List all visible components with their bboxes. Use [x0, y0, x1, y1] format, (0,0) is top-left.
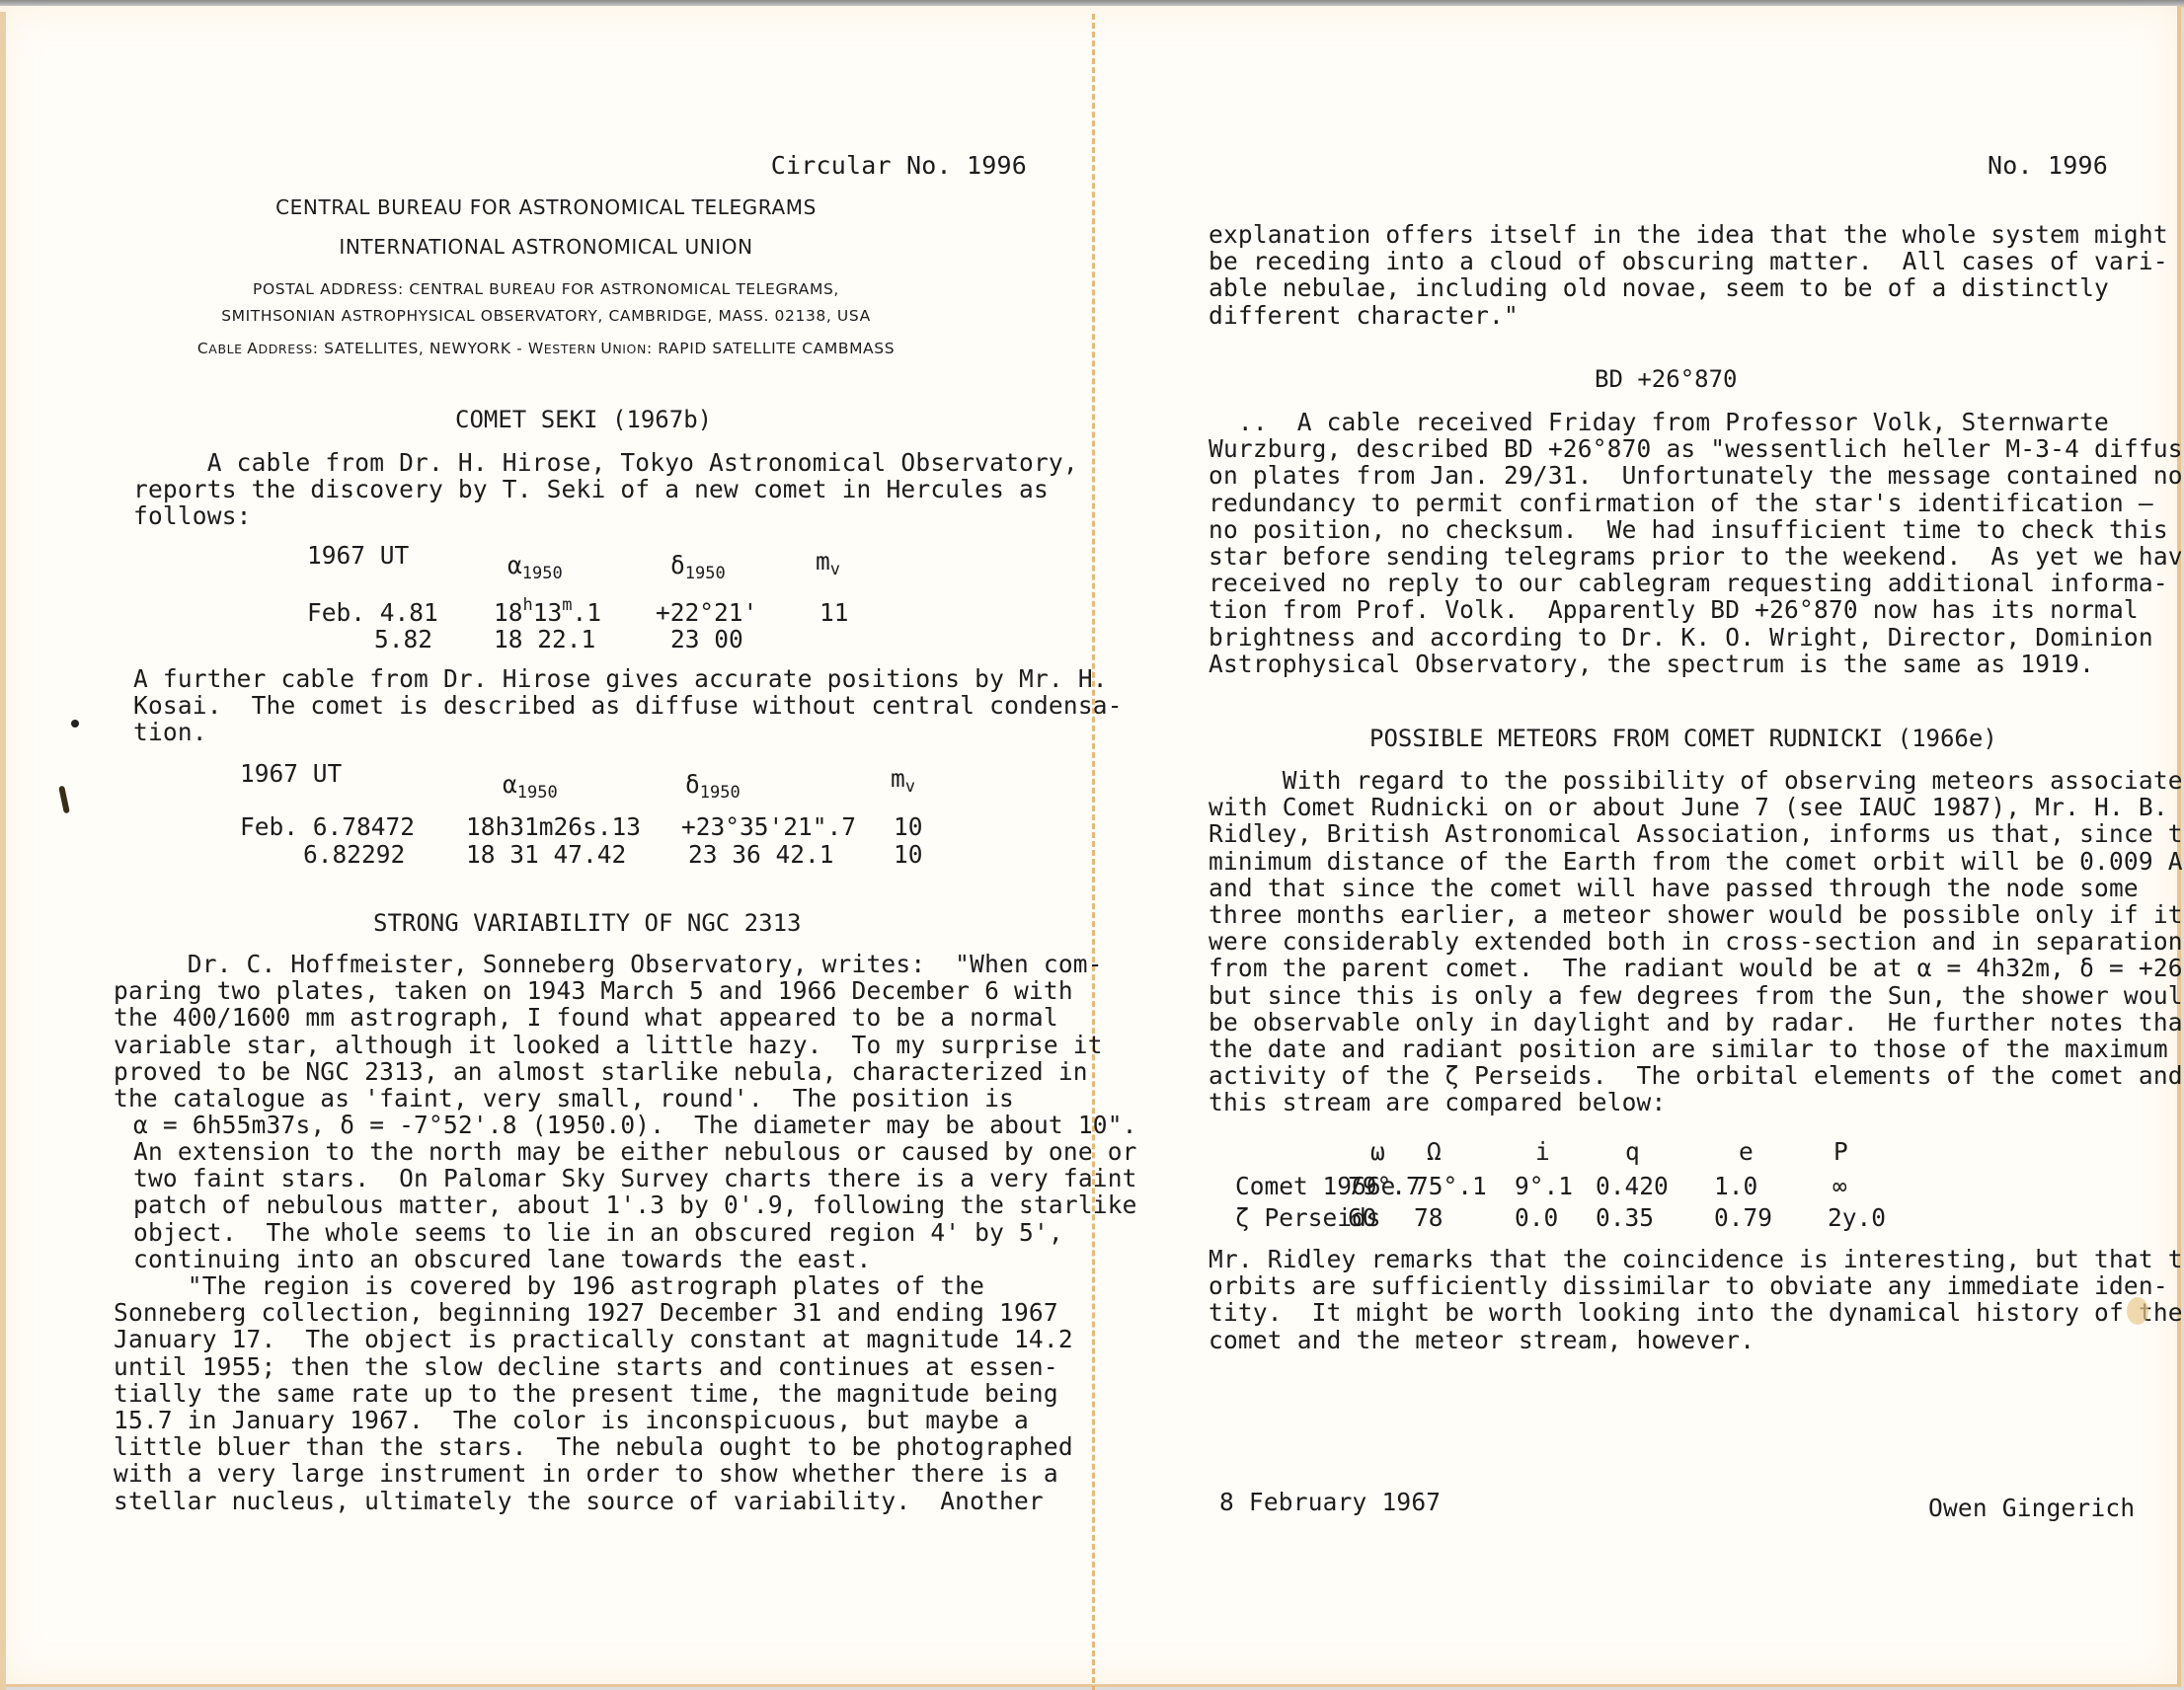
row-comet-e: 1.0	[1714, 1172, 1757, 1200]
section-title-bd: BD +26°870	[1595, 365, 1738, 393]
table2-row2-date: 6.82292	[303, 840, 405, 869]
row-perseids-q: 0.35	[1596, 1203, 1654, 1232]
table1-row1-ra: 18h13m.1	[494, 598, 601, 627]
table2-row1-date: Feb. 6.78472	[240, 812, 415, 841]
ngc2313-continued: explanation offers itself in the idea th…	[1209, 221, 2168, 329]
bureau-name: CENTRAL BUREAU FOR ASTRONOMICAL TELEGRAM…	[0, 195, 1092, 219]
bd-para: .. A cable received Friday from Professo…	[1209, 409, 2184, 677]
row-perseids-incl: 0.0	[1515, 1203, 1558, 1232]
postal-address-line2: SMITHSONIAN ASTROPHYSICAL OBSERVATORY, C…	[0, 307, 1092, 325]
left-page: Circular No. 1996 CENTRAL BUREAU FOR AST…	[0, 6, 1092, 1684]
table1-header-date: 1967 UT	[307, 541, 409, 570]
header-e: e	[1739, 1137, 1754, 1166]
table1-row1-mag: 11	[819, 598, 849, 627]
section-title-comet-seki: COMET SEKI (1967b)	[455, 406, 712, 433]
table1-header-dec: δ1950	[670, 551, 726, 579]
row-comet-period: ∞	[1833, 1172, 1847, 1200]
table2-row2-dec: 23 36 42.1	[688, 840, 834, 869]
row-perseids-node: 78	[1414, 1203, 1443, 1232]
section-title-rudnicki: POSSIBLE METEORS FROM COMET RUDNICKI (19…	[1369, 725, 1997, 752]
postal-address-line1: POSTAL ADDRESS: CENTRAL BUREAU FOR ASTRO…	[0, 280, 1092, 298]
signature: Owen Gingerich	[1928, 1495, 2135, 1521]
row-comet-q: 0.420	[1596, 1172, 1669, 1200]
table1-row1-date: Feb. 4.81	[307, 598, 438, 627]
seki-intro: A cable from Dr. H. Hirose, Tokyo Astron…	[133, 449, 1078, 530]
cable-address: CABLE ADDRESS: SATELLITES, NEWYORK - WES…	[0, 340, 1092, 357]
table1-row2-dec: 23 00	[670, 625, 743, 653]
right-page: No. 1996 explanation offers itself in th…	[1095, 6, 2177, 1684]
row-comet-node: 75°.1	[1414, 1172, 1487, 1200]
page-number: No. 1996	[1988, 152, 2108, 179]
issue-date: 8 February 1967	[1219, 1489, 1441, 1515]
table2-row2-ra: 18 31 47.42	[466, 840, 626, 869]
header-omega: ω	[1370, 1137, 1385, 1166]
section-title-ngc2313: STRONG VARIABILITY OF NGC 2313	[373, 909, 801, 937]
ngc2313-para2: "The region is covered by 196 astrograph…	[114, 1272, 1073, 1514]
table2-row1-mag: 10	[894, 812, 923, 841]
ngc2313-para1-cont: An extension to the north may be either …	[133, 1138, 1137, 1272]
row-perseids-e: 0.79	[1714, 1203, 1772, 1232]
table2-row1-ra: 18h31m26s.13	[466, 812, 641, 841]
header-incl: i	[1535, 1137, 1550, 1166]
ngc2313-position: α = 6h55m37s, δ = -7°52'.8 (1950.0). The…	[133, 1112, 1137, 1138]
row-comet-omega: 79°.7	[1348, 1172, 1421, 1200]
rudnicki-closing: Mr. Ridley remarks that the coincidence …	[1209, 1246, 2184, 1353]
header-node: Ω	[1427, 1137, 1442, 1166]
header-period: P	[1833, 1137, 1848, 1166]
table2-header-date: 1967 UT	[240, 759, 342, 788]
table1-row2-ra: 18 22.1	[494, 625, 595, 653]
row-perseids-period: 2y.0	[1828, 1203, 1886, 1232]
table2-header-mag: mv	[891, 764, 915, 793]
table2-row1-dec: +23°35'21".7	[681, 812, 856, 841]
table1-header-ra: α1950	[507, 551, 563, 579]
header-q: q	[1625, 1137, 1640, 1166]
row-perseids-omega: 60	[1348, 1203, 1377, 1232]
table1-row1-dec: +22°21'	[656, 598, 757, 627]
table2-row2-mag: 10	[894, 840, 923, 869]
circular-number: Circular No. 1996	[771, 152, 1027, 179]
table2-header-ra: α1950	[503, 770, 558, 799]
table1-header-mag: mv	[816, 547, 840, 576]
ngc2313-para1: Dr. C. Hoffmeister, Sonneberg Observator…	[114, 951, 1103, 1112]
circular-spread: Circular No. 1996 CENTRAL BUREAU FOR AST…	[0, 6, 2181, 1687]
union-name: INTERNATIONAL ASTRONOMICAL UNION	[0, 235, 1092, 259]
table1-row2-date: 5.82	[374, 625, 432, 653]
table2-header-dec: δ1950	[685, 770, 741, 799]
rudnicki-para: With regard to the possibility of observ…	[1209, 767, 2184, 1116]
staple-hole	[71, 720, 79, 728]
seki-middle: A further cable from Dr. Hirose gives ac…	[133, 665, 1123, 746]
row-comet-incl: 9°.1	[1515, 1172, 1573, 1200]
paper-stain	[2127, 1297, 2148, 1325]
